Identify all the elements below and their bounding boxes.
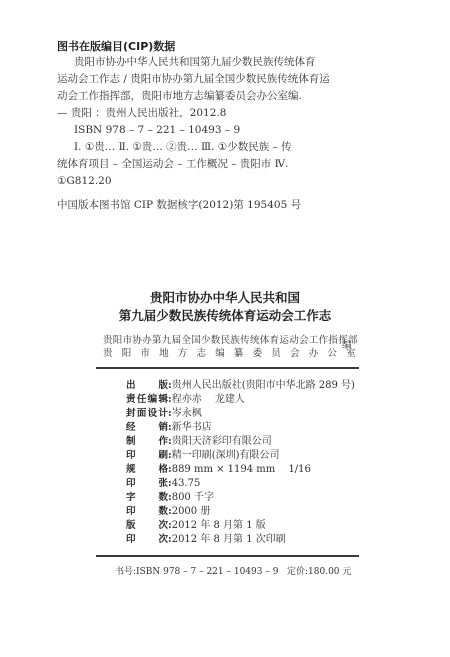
footer-isbn: 书号:ISBN 978 – 7 – 221 – 10493 – 9 <box>115 564 278 577</box>
cip-line-4: — 贵阳 ：贵州人民出版社，2012.8 <box>57 106 226 120</box>
cip-heading: 图书在版编目(CIP)数据 <box>57 38 175 54</box>
colophon-row-cover-design: 封面设计:岑永枫 <box>126 407 202 420</box>
cip-line-8: ①G812.20 <box>57 174 112 188</box>
editor-line-2: 贵阳市地方志编纂委员会办公室 <box>103 345 365 359</box>
book-title-line-1: 贵阳市协办中华人民共和国 <box>0 288 450 306</box>
colophon-row-word-count: 字 数:800 千字 <box>126 491 214 504</box>
colophon-row-production: 制 作:贵阳天济彩印有限公司 <box>126 435 272 448</box>
cip-line-6: Ⅰ. ①贵… Ⅱ. ①贵… ②贵… Ⅲ. ①少数民族 – 传 <box>74 140 292 154</box>
top-rule-divider <box>96 367 359 369</box>
cip-number: 中国版本图书馆 CIP 数据核字(2012)第 195405 号 <box>57 198 301 212</box>
cip-line-3: 动会工作指挥部，贵阳市地方志编纂委员会办公室编. <box>57 89 302 103</box>
colophon-row-sheets: 印 张:43.75 <box>126 477 200 490</box>
colophon-row-printer: 印 刷:精一印刷(深圳)有限公司 <box>126 449 280 462</box>
colophon-row-editor: 责任编辑:程亦赤 龙建人 <box>126 393 245 406</box>
book-title-line-2: 第九届少数民族传统体育运动会工作志 <box>0 306 450 324</box>
colophon-row-publisher: 出 版:贵州人民出版社(贵阳市中华北路 289 号) <box>126 379 355 392</box>
colophon-row-edition: 版 次:2012 年 8 月第 1 版 <box>126 519 266 532</box>
cip-line-2: 运动会工作志 / 贵阳市协办第九届全国少数民族传统体育运 <box>57 72 330 86</box>
cip-line-5: ISBN 978 – 7 – 221 – 10493 – 9 <box>74 123 240 137</box>
colophon-row-printing: 印 次:2012 年 8 月第 1 次印刷 <box>126 533 286 546</box>
colophon-row-format: 规 格:889 mm × 1194 mm 1/16 <box>126 463 311 476</box>
footer-price: 定价:180.00 元 <box>287 564 351 577</box>
cip-line-1: 贵阳市协办中华人民共和国第九届少数民族传统体育 <box>74 55 316 69</box>
colophon-row-print-run: 印 数:2000 册 <box>126 505 210 518</box>
bottom-rule-divider <box>96 555 359 557</box>
cip-line-7: 统体育项目 – 全国运动会 – 工作概况 – 贵阳市 Ⅳ. <box>57 157 288 171</box>
colophon-row-distributor: 经 销:新华书店 <box>126 421 212 434</box>
editor-line-1: 贵阳市协办第九届全国少数民族传统体育运动会工作指挥部 <box>103 332 358 346</box>
editor-suffix: 编 <box>342 337 352 351</box>
